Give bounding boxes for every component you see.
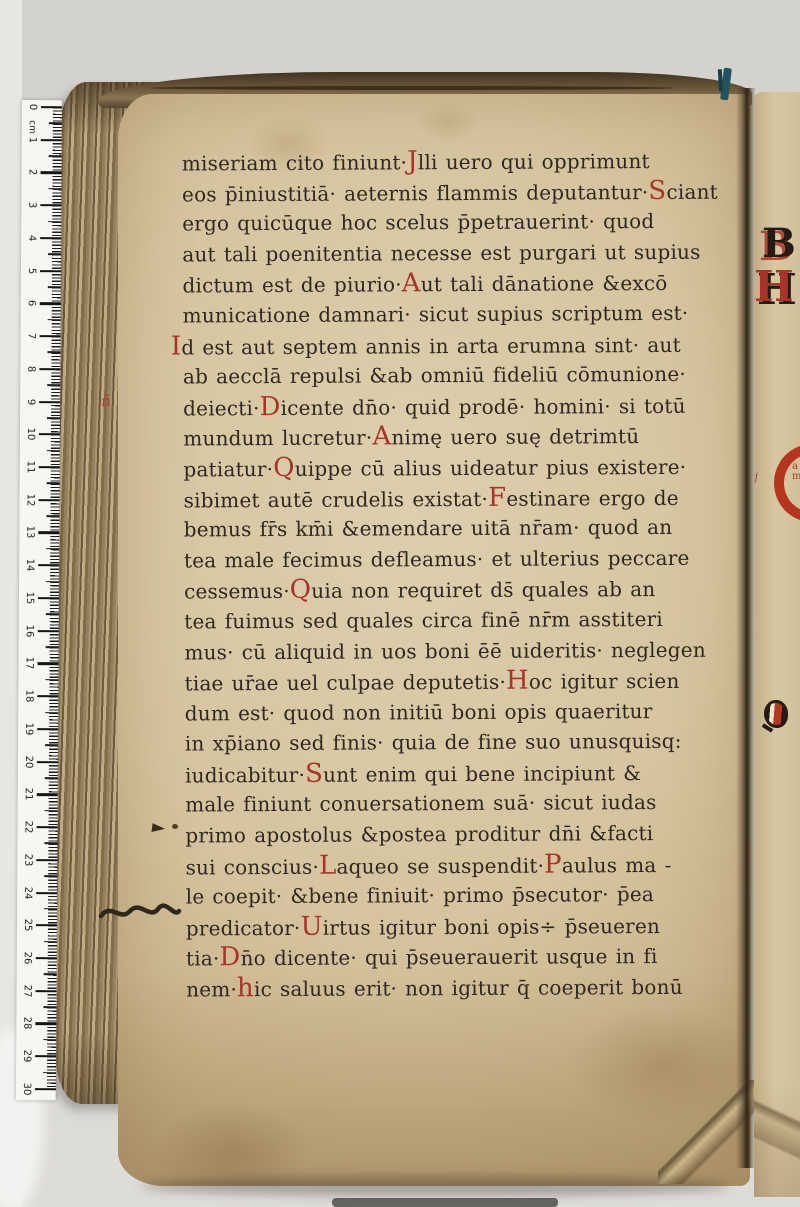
text-segment: predicator· [186,916,301,941]
ruler-tick [36,957,57,959]
rubric-initial: J [407,146,418,176]
text-segment: ergo quicūque hoc scelus p̄petrauerint· … [182,209,654,235]
rubric-initial: L [319,850,337,880]
manuscript-line: tea male fecimus defleamus· et ulterius … [184,542,750,576]
ruler-half-tick [47,384,60,386]
page-shadow [140,1176,730,1196]
ruler-tick [41,106,62,108]
ruler-number: 26 [19,950,33,966]
ruler-half-tick [44,908,57,910]
manuscript-line: sui conscius·Laqueo se suspendit·Paulus … [185,848,751,882]
ruler-number: 19 [20,721,34,737]
facing-letter-h-initial: H [754,262,794,311]
ruler-half-tick [45,810,58,812]
ruler-number: 21 [20,786,34,802]
ruler-tick [41,172,62,174]
text-segment: aulus ma - [562,853,672,878]
ruler-half-tick [44,973,57,975]
text-segment: ic saluus erit· non igitur q̄ coeperit b… [254,975,683,1001]
manuscript-line: tea fuimus sed quales circa finē nr̄m as… [184,603,750,637]
text-segment: aqueo se suspendit· [336,853,544,878]
text-segment: miseriam cito finiunt· [182,150,407,175]
ruler-tick [36,892,57,894]
ruler-tick [37,793,58,795]
facing-page-fold [754,1078,800,1197]
ruler-number: 15 [21,590,35,606]
ruler-half-tick [48,286,61,288]
text-segment: male finiunt conuersationem suā· sicut i… [185,790,656,816]
margin-arrow-mark [151,823,165,834]
book-gutter [736,88,756,1168]
ruler-half-tick [47,352,60,354]
text-segment: ciant [666,179,718,203]
ruler-number: 17 [21,655,35,671]
ruler-number: 14 [21,557,35,573]
ruler-number: 9 [22,394,36,410]
facing-letter-c-initial-inner: am [792,462,800,482]
manuscript-line: deiecti·Dicente dn̄o· quid prodē· homini… [183,389,749,423]
text-segment: iudicabitur· [185,763,305,788]
rubric-initial: D [219,943,240,973]
rubric-initial: H [506,666,529,696]
ruler-number: 5 [23,263,37,279]
ruler-half-tick [47,483,60,485]
text-segment: tiae ur̄ae uel culpae deputetis· [185,670,507,696]
ruler-number: 18 [20,688,34,704]
ruler-tick [38,630,59,632]
text-segment: aut tali poenitentia necesse est purgari… [182,240,700,267]
text-segment: unt enim qui bene incipiunt & [323,761,641,787]
text-segment: in xp̄iano sed finis· quia de fine suo u… [185,729,682,756]
manuscript-line: cessemus·Quia non requiret ds̄ quales ab… [184,573,750,607]
cradle-shadow-band [332,1198,558,1207]
ruler-half-tick [46,515,59,517]
facing-page-sliver: BHamij [754,92,800,1197]
ruler-number: 30 [18,1081,32,1097]
text-segment: nimę uero suę detrimtū [391,424,639,449]
manuscript-line: ab aecclā repulsi &ab omniū fideliū cōmu… [183,359,749,393]
ruler-half-tick [48,188,61,190]
ruler-half-tick [44,875,57,877]
ruler-number: 4 [23,230,37,246]
text-segment: dictum est de piurio· [182,273,401,298]
ruler-tick [40,270,61,272]
text-segment: primo apostolus &postea proditur dn̄i &f… [185,821,653,847]
ruler-tick [38,564,59,566]
text-segment: estinare ergo de [506,485,679,510]
ruler-number: 8 [22,361,36,377]
ruler-half-tick [45,777,58,779]
manuscript-line: aut tali poenitentia necesse est purgari… [182,236,748,270]
ruler-half-tick [46,613,59,615]
ruler-half-tick [48,253,61,255]
manuscript-line: Id est aut septem annis in arta erumna s… [171,328,749,362]
rubric-initial: h [237,973,254,1003]
text-segment: tea fuimus sed quales circa finē nr̄m as… [184,607,663,634]
manuscript-photo: miseriam cito finiunt·Jlli uero qui oppr… [0,0,800,1207]
ruler-number: 28 [18,1015,32,1031]
top-edge-streak [150,86,673,90]
ruler-tick [38,597,59,599]
text-segment: sibimet autē crudelis existat· [184,486,489,512]
manuscript-line: male finiunt conuersationem suā· sicut i… [185,787,751,821]
ruler-half-tick [43,1006,56,1008]
ruler-number: 16 [21,623,35,639]
text-segment: irtus igitur boni opis÷ p̄seueren [323,914,660,940]
text-segment: le coepit· &bene finiuit· primo p̄secuto… [186,882,654,908]
text-segment: lli uero qui opprimunt [418,149,650,174]
ruler-number: 10 [22,426,36,442]
ink-dot [172,824,178,829]
manuscript-line: miseriam cito finiunt·Jlli uero qui oppr… [182,145,748,179]
measurement-ruler: cm 0123456789101112131415161718192021222… [16,100,62,1100]
ruler-tick [39,499,60,501]
manuscript-line: mundum lucretur·Animę uero suę detrimtū [183,420,749,454]
ruler-tick [36,924,57,926]
ruler-tick [38,663,59,665]
ruler-half-tick [48,319,61,321]
rubric-initial: A [402,269,421,299]
ruler-half-tick [45,712,58,714]
manuscript-line: predicator·Uirtus igitur boni opis÷ p̄se… [186,909,752,943]
ruler-tick [40,237,61,239]
ruler-tick [39,401,60,403]
text-segment: dum est· quod non initiū boni opis quaer… [185,699,653,725]
text-segment: municatione damnari· sicut supius script… [183,301,689,328]
ruler-number: 13 [21,524,35,540]
ruler-number: 11 [22,459,36,475]
manuscript-line: dum est· quod non initiū boni opis quaer… [185,695,751,729]
manuscript-line: mus· cū aliquid in uos boni ēē uideritis… [184,634,750,668]
text-segment: mus· cū aliquid in uos boni ēē uideritis… [184,637,706,664]
ruler-number: 27 [19,983,33,999]
manuscript-line: tiae ur̄ae uel culpae deputetis·Hoc igit… [184,665,750,699]
ruler-number: 20 [20,754,34,770]
ruler-half-tick [43,1072,56,1074]
parchment-stitch-mark [98,898,182,928]
ruler-half-tick [44,941,57,943]
ruler-tick [35,1088,56,1090]
text-segment: tea male fecimus defleamus· et ulterius … [184,546,690,573]
text-segment: uia non requiret ds̄ quales ab an [311,577,655,603]
ruler-tick [40,204,61,206]
text-segment: deiecti· [183,396,260,420]
text-segment: sui conscius· [185,854,319,879]
red-marginal-note: ñ [100,392,112,411]
ruler-number: 23 [19,852,33,868]
facing-initial-c [774,444,800,522]
rubric-initial: F [488,482,506,512]
rubric-initial: Q [290,575,312,605]
manuscript-page: miseriam cito finiunt·Jlli uero qui oppr… [118,94,750,1186]
ruler-half-tick [45,744,58,746]
manuscript-line: ergo quicūque hoc scelus p̄petrauerint· … [182,206,748,240]
ruler-tick [38,532,59,534]
manuscript-line: iudicabitur·Sunt enim qui bene incipiunt… [185,756,751,790]
text-segment: d est aut septem annis in arta erumna si… [181,332,681,359]
text-block: miseriam cito finiunt·Jlli uero qui oppr… [182,145,752,1005]
rubric-initial: U [300,912,322,942]
ruler-tick [35,1023,56,1025]
ruler-number: 7 [23,328,37,344]
rubric-initial: D [260,392,281,422]
ruler-tick [37,728,58,730]
ruler-number: 29 [18,1048,32,1064]
text-segment: oc igitur scien [529,669,680,694]
text-segment: mundum lucretur· [183,426,372,451]
ruler-number: 24 [19,885,33,901]
ruler-tick [37,695,58,697]
text-segment: nem· [186,977,237,1001]
ruler-number: 12 [22,492,36,508]
ruler-half-tick [47,417,60,419]
manuscript-line: patiatur·Quippe cū alius uideatur pius e… [183,450,749,484]
ruler-number: 25 [19,917,33,933]
manuscript-line: tia·Dn̄o dicente· qui p̄seuerauerit usqu… [186,940,752,974]
ruler-tick [40,302,61,304]
manuscript-line: le coepit· &bene finiuit· primo p̄secuto… [186,879,752,913]
ruler-half-tick [49,123,62,125]
text-segment: ab aecclā repulsi &ab omniū fideliū cōmu… [183,362,686,389]
text-segment: patiatur· [183,457,273,481]
facing-letter-b-initial: B [762,220,796,267]
ruler-half-tick [48,221,61,223]
ruler-tick [39,433,60,435]
ruler-half-tick [47,450,60,452]
manuscript-line: sibimet autē crudelis existat·Festinare … [184,481,750,515]
ruler-tick [36,990,57,992]
facing-letter-q-initial [764,700,788,728]
ruler-half-tick [49,155,62,157]
rubric-initial: S [648,176,666,206]
manuscript-line: eos p̄iniustitiā· aeternis flammis deput… [182,175,748,209]
ruler-number: 6 [23,295,37,311]
ruler-tick [36,859,57,861]
ruler-half-tick [43,1039,56,1041]
rubric-initial: S [305,759,323,789]
ruler-tick [35,1055,56,1057]
manuscript-line: nem·hic saluus erit· non igitur q̄ coepe… [186,971,752,1005]
text-segment: bemus fr̄s km̄i &emendare uitā nr̄am· qu… [184,515,673,542]
rubric-initial: A [372,422,391,452]
ruler-number: 2 [24,164,38,180]
ruler-half-tick [46,646,59,648]
facing-letter-quire-mark: ij [754,470,758,483]
ruler-half-tick [44,843,57,845]
rubric-initial: P [544,849,562,879]
text-segment: icente dn̄o· quid prodē· homini· si totū [281,394,686,420]
ruler-tick [41,139,62,141]
ruler-tick [39,368,60,370]
text-segment: n̄o dicente· qui p̄seuerauerit usque in … [241,944,658,970]
ruler-number: 0 [24,99,38,115]
text-segment: eos p̄iniustitiā· aeternis flammis deput… [182,180,649,206]
rubric-initial: Q [273,453,295,483]
ruler-number: 1 [24,132,38,148]
ruler-tick [40,335,61,337]
ruler-half-tick [45,679,58,681]
manuscript-line: bemus fr̄s km̄i &emendare uitā nr̄am· qu… [184,512,750,546]
text-segment: uippe cū alius uideatur pius existere· [295,455,687,481]
ruler-number: 3 [23,197,37,213]
text-segment: cessemus· [184,579,290,604]
ruler-half-tick [46,548,59,550]
manuscript-line: primo apostolus &postea proditur dn̄i &f… [185,818,751,852]
ruler-tick [37,826,58,828]
ruler-tick [37,761,58,763]
ruler-number: 22 [20,819,34,835]
manuscript-line: municatione damnari· sicut supius script… [183,297,749,331]
manuscript-line: dictum est de piurio·Aut tali dānatione … [182,267,748,301]
manuscript-line: in xp̄iano sed finis· quia de fine suo u… [185,726,751,760]
ruler-half-tick [46,581,59,583]
text-segment: ut tali dānatione &excō [421,271,668,296]
text-segment: tia· [186,947,220,971]
ruler-tick [39,466,60,468]
